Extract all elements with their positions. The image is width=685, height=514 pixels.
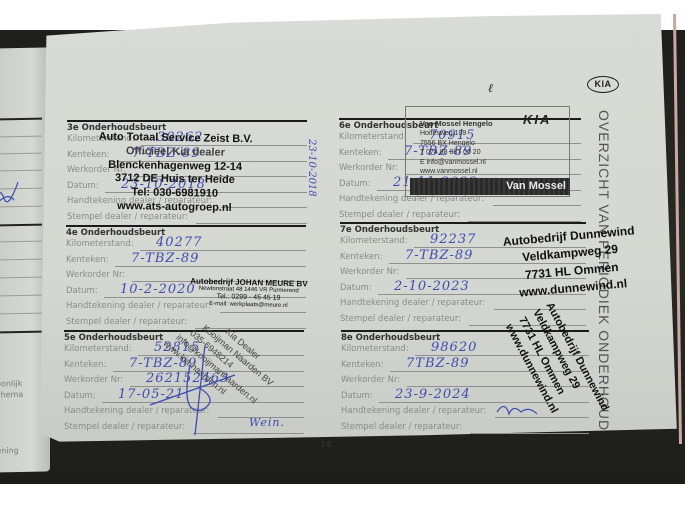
field-label: Kilometerstand: <box>339 132 407 142</box>
dealer-stamp-ats: Auto Totaal Service Zeist B.V. Officieel… <box>97 131 252 216</box>
field-label: Datum: <box>66 286 98 296</box>
section-divider <box>340 222 586 224</box>
field-label: Stempel dealer / reparateur: <box>340 314 461 324</box>
handwritten-mileage: 98620 <box>431 340 477 355</box>
field-label: Kilometerstand: <box>340 236 408 246</box>
field-label: Kenteken: <box>64 360 106 370</box>
entry-title: 8e Onderhoudsbeurt <box>341 333 440 343</box>
stamp-line: E info@vanmossel.nl <box>420 159 486 166</box>
handwritten-plate: 7-TBZ-89 <box>405 248 473 263</box>
stamp-line: www.vanmossel.nl <box>420 168 478 175</box>
fill-line <box>493 205 581 206</box>
field-label: Stempel dealer / reparateur: <box>339 210 460 220</box>
handwritten-mileage: 92237 <box>430 232 476 247</box>
section-divider <box>66 225 306 227</box>
field-label: Werkorder Nr: <box>341 375 400 385</box>
field-label: Handtekening dealer / reparateur: <box>340 298 485 308</box>
handwritten-plate: 7TBZ-89 <box>406 356 469 371</box>
fill-line <box>115 266 306 267</box>
vanmossel-banner: Van Mossel <box>410 178 570 195</box>
left-page-fragment: soonlijk <box>0 379 22 389</box>
stamp-line: 7556 BX Hengelo <box>420 140 475 147</box>
entry-title: 4e Onderhoudsbeurt <box>66 228 165 238</box>
signature-scribble <box>0 178 20 207</box>
handwritten-note: Wein. <box>249 416 285 429</box>
handwritten-date: 10-2-2020 <box>120 282 196 297</box>
field-label: Handtekening dealer / reparateur: <box>341 406 486 416</box>
field-label: Datum: <box>341 391 373 401</box>
section-divider <box>67 120 307 122</box>
field-label: Kilometerstand: <box>66 239 134 249</box>
field-label: Datum: <box>64 391 96 401</box>
signature-scribble <box>150 345 240 435</box>
field-label: Werkorder Nr: <box>66 270 125 280</box>
handwritten-date-vertical: 23-10-2018 <box>305 135 325 220</box>
fill-line <box>470 433 589 434</box>
field-label: Kenteken: <box>341 360 383 370</box>
left-page-fragment: kening <box>0 446 19 455</box>
field-label: Datum: <box>67 181 99 191</box>
field-label: Stempel dealer / reparateur: <box>66 317 187 327</box>
pen-mark: ℓ <box>488 81 493 96</box>
page-number: 14 <box>320 440 331 450</box>
handwritten-date: 2-10-2023 <box>394 279 470 294</box>
field-label: Kenteken: <box>339 148 381 158</box>
field-label: Werkorder Nr: <box>340 267 399 277</box>
field-plate: Kenteken:7-TBZ-89 <box>66 255 306 269</box>
handwritten-plate: 7-TBZ-89 <box>131 251 199 266</box>
kia-stamp-logo: KIA <box>523 112 551 127</box>
field-label: Stempel dealer / reparateur: <box>341 422 462 432</box>
stamp-line: Hoitesweg 109 <box>420 130 466 137</box>
field-label: Datum: <box>339 179 371 189</box>
field-label: Kilometerstand: <box>64 344 132 354</box>
field-label: Kilometerstand: <box>341 344 409 354</box>
field-label: Werkorder Nr: <box>64 375 123 385</box>
field-label: Werkorder Nr: <box>339 163 398 173</box>
svg-text:23-10-2018: 23-10-2018 <box>306 138 317 197</box>
field-label: Datum: <box>340 283 372 293</box>
handwritten-mileage: 40277 <box>156 235 202 250</box>
field-label: Kenteken: <box>340 252 382 262</box>
kia-logo: KIA <box>587 76 619 93</box>
stamp-line: T 074 88 087 00 20 <box>420 149 481 156</box>
left-page-fragment: schema <box>0 390 23 400</box>
fill-line <box>196 223 307 224</box>
fill-line <box>220 312 306 313</box>
stamp-line: Van Mossel Hengelo <box>420 119 493 128</box>
entry-title: 5e Onderhoudsbeurt <box>64 333 163 343</box>
entry-title: 7e Onderhoudsbeurt <box>340 225 439 235</box>
field-label: Kenteken: <box>66 255 108 265</box>
dealer-stamp-dunnewind: Autobedrijf Dunnewind Veldkampweg 29 773… <box>502 222 640 303</box>
signature-scribble <box>495 400 540 420</box>
handwritten-date: 23-9-2024 <box>395 387 471 402</box>
